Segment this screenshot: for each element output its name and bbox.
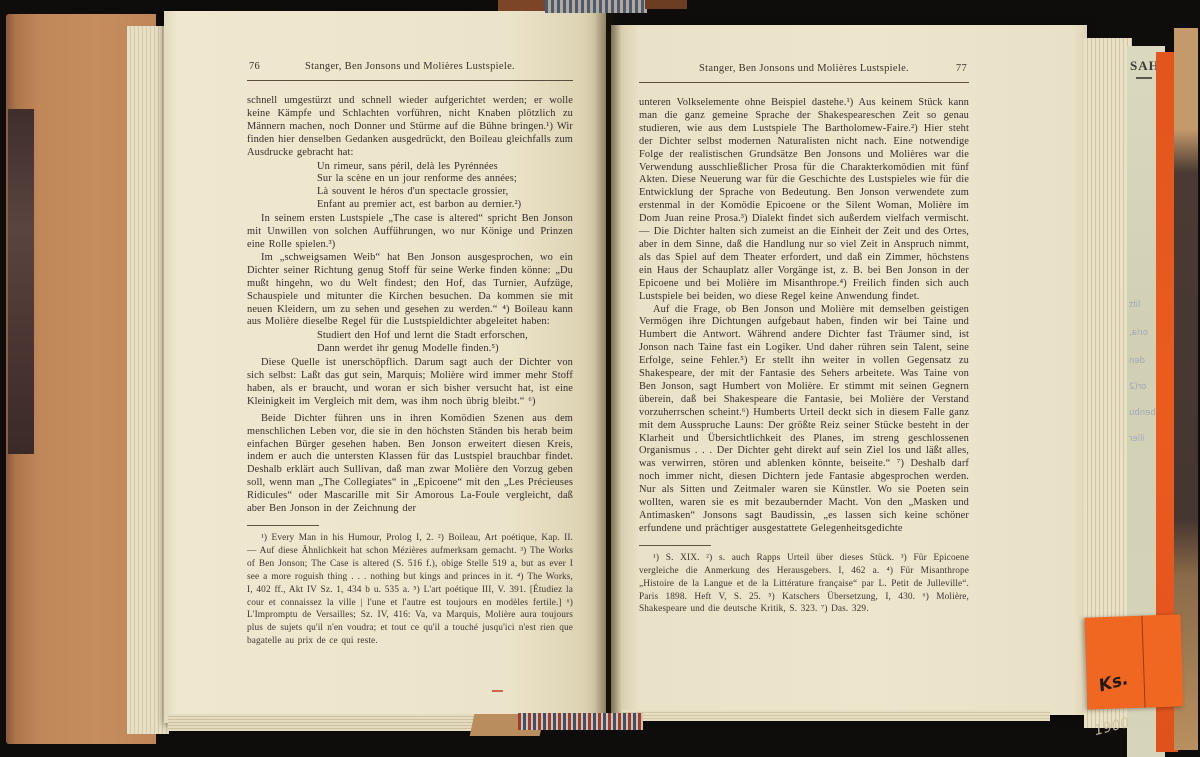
- ghost-text: iller: [1129, 434, 1145, 444]
- right-page: Stanger, Ben Jonsons und Molières Lustsp…: [611, 25, 1087, 715]
- paragraph: unteren Volkselemente ohne Beispiel dast…: [639, 97, 969, 304]
- spine-leather-patch: [498, 0, 548, 11]
- paragraph: schnell umgestürzt und schnell wieder au…: [247, 95, 573, 160]
- verse-line: Un rimeur, sans péril, delà les Pyrénnée…: [317, 161, 573, 174]
- footnote-separator: [247, 525, 319, 526]
- label-dash: [1136, 77, 1152, 79]
- running-title: Stanger, Ben Jonsons und Molières Lustsp…: [699, 63, 909, 74]
- note-rule-line: [1141, 616, 1145, 708]
- footnote-separator: [639, 545, 711, 546]
- left-page-edges: [127, 26, 169, 734]
- page-body: unteren Volkselemente ohne Beispiel dast…: [639, 97, 969, 616]
- page-number: 77: [956, 63, 967, 74]
- ghost-text: or(2: [1129, 382, 1146, 392]
- leather-spine-strip: [8, 109, 34, 454]
- paragraph: Diese Quelle ist unerschöpflich. Darum s…: [247, 357, 573, 409]
- verse-quote: Un rimeur, sans péril, delà les Pyrénnée…: [317, 161, 573, 213]
- tailband: [518, 713, 643, 730]
- spine-leather-patch: [645, 0, 687, 9]
- page-body: schnell umgestürzt und schnell wieder au…: [247, 95, 573, 648]
- left-page: 76 Stanger, Ben Jonsons und Molières Lus…: [164, 11, 606, 723]
- paragraph: Im „schweigsamen Weib“ hat Ben Jonson au…: [247, 252, 573, 329]
- running-title: Stanger, Ben Jonsons und Molières Lustsp…: [305, 61, 515, 72]
- footnotes: ¹) S. XIX. ²) s. auch Rapps Urteil über …: [639, 552, 969, 617]
- handwritten-initials: Ks.: [1097, 669, 1131, 696]
- footnotes: ¹) Every Man in his Humour, Prolog I, 2.…: [247, 532, 573, 648]
- paragraph: In seinem ersten Lustspiele „The case is…: [247, 213, 573, 252]
- page-header: Stanger, Ben Jonsons und Molières Lustsp…: [639, 63, 969, 83]
- verse-line: Studiert den Hof und lernt die Stadt erf…: [317, 330, 573, 343]
- ghost-text: litt: [1129, 300, 1140, 310]
- verse-line: Enfant au premier act, est barbon au der…: [317, 199, 573, 212]
- page-header: 76 Stanger, Ben Jonsons und Molières Lus…: [247, 61, 573, 81]
- ghost-text: benbu: [1129, 408, 1156, 418]
- ghost-text: oria,: [1129, 328, 1148, 338]
- verse-line: Sur la scène en un jour renforme des ann…: [317, 173, 573, 186]
- headband: [545, 0, 647, 13]
- red-pencil-mark: [492, 690, 503, 692]
- bottom-page-edges: [622, 710, 1050, 721]
- book-scan-photo: 76 Stanger, Ben Jonsons und Molières Lus…: [0, 0, 1200, 757]
- ghost-text: den: [1129, 356, 1145, 366]
- verse-quote: Studiert den Hof und lernt die Stadt erf…: [317, 330, 573, 356]
- gutter-shadow: [594, 10, 622, 725]
- sticky-note: Ks.: [1084, 614, 1183, 709]
- verse-line: Là souvent le héros d'un spectacle gross…: [317, 186, 573, 199]
- page-number: 76: [249, 61, 260, 72]
- paragraph: Auf die Frage, ob Ben Jonson und Molière…: [639, 304, 969, 536]
- verse-line: Dann werdet ihr genug Modelle finden.⁵): [317, 343, 573, 356]
- paragraph: Beide Dichter führen uns in ihren Komödi…: [247, 413, 573, 516]
